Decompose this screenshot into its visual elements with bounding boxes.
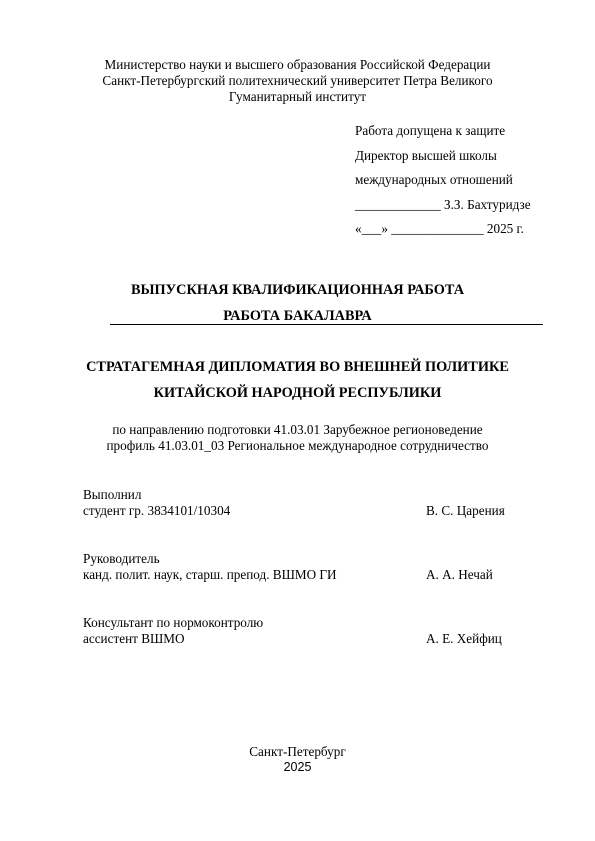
institute-line: Гуманитарный институт: [0, 89, 595, 105]
ministry-line: Министерство науки и высшего образования…: [0, 57, 595, 73]
profile-line: профиль 41.03.01_03 Региональное междуна…: [0, 438, 595, 454]
signature-name: А. А. Нечай: [426, 567, 493, 583]
signature-name: В. С. Царения: [426, 503, 505, 519]
title-underline: [110, 324, 543, 325]
approval-date: «___» ______________ 2025 г.: [355, 217, 531, 242]
work-type-line2: РАБОТА БАКАЛАВРА: [0, 303, 595, 330]
signature-role: Консультант по нормоконтролю: [83, 615, 263, 631]
thesis-title-line1: СТРАТАГЕМНАЯ ДИПЛОМАТИЯ ВО ВНЕШНЕЙ ПОЛИТ…: [0, 354, 595, 381]
signature-role: Выполнил: [83, 487, 141, 503]
signature-position: студент гр. 3834101/10304: [83, 503, 230, 519]
approval-admitted: Работа допущена к защите: [355, 119, 531, 144]
signature-role: Руководитель: [83, 551, 160, 567]
approval-school: международных отношений: [355, 168, 531, 193]
direction-line: по направлению подготовки 41.03.01 Заруб…: [0, 422, 595, 438]
signature-position: ассистент ВШМО: [83, 631, 185, 647]
approval-signature: _____________ З.З. Бахтуридзе: [355, 193, 531, 218]
thesis-title-line2: КИТАЙСКОЙ НАРОДНОЙ РЕСПУБЛИКИ: [0, 380, 595, 407]
signature-position: канд. полит. наук, старш. препод. ВШМО Г…: [83, 567, 337, 583]
approval-block: Работа допущена к защите Директор высшей…: [355, 119, 531, 242]
university-line: Санкт-Петербургский политехнический унив…: [0, 73, 595, 89]
work-type-line1: ВЫПУСКНАЯ КВАЛИФИКАЦИОННАЯ РАБОТА: [0, 277, 595, 304]
signature-name: А. Е. Хейфиц: [426, 631, 502, 647]
year: 2025: [0, 760, 595, 774]
approval-director: Директор высшей школы: [355, 144, 531, 169]
city: Санкт-Петербург: [0, 744, 595, 760]
